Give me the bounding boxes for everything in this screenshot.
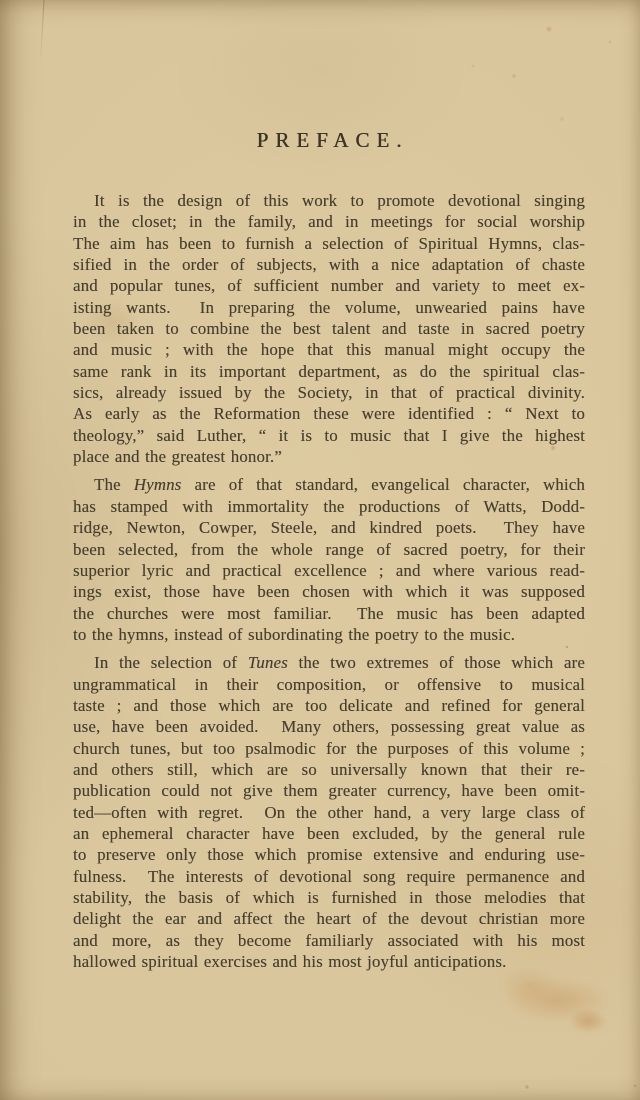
text-line: and music ; with the hope that this manu… — [73, 339, 585, 360]
text-line: to the hymns, instead of subordinating t… — [73, 624, 585, 645]
text-line: publication could not give them greater … — [73, 780, 585, 801]
text-line: theology,” said Luther, “ it is to music… — [73, 425, 585, 446]
text-line: same rank in its important department, a… — [73, 361, 585, 382]
text-line: use, have been avoided. Many others, pos… — [73, 716, 585, 737]
preface-body: It is the design of this work to promote… — [73, 190, 585, 972]
paragraph: In the selection of Tunes the two extrem… — [73, 652, 585, 972]
text-line: ungrammatical in their composition, or o… — [73, 674, 585, 695]
text-line: ted—often with regret. On the other hand… — [73, 802, 585, 823]
text-line: an ephemeral character have been exclude… — [73, 823, 585, 844]
crease-mark — [40, 0, 44, 60]
text-line: fulness. The interests of devotional son… — [73, 866, 585, 887]
text-line: superior lyric and practical excellence … — [73, 560, 585, 581]
preface-text-block: PREFACE. It is the design of this work t… — [73, 128, 585, 972]
book-page: PREFACE. It is the design of this work t… — [0, 0, 640, 1100]
text-line: As early as the Reformation these were i… — [73, 403, 585, 424]
text-line: sified in the order of subjects, with a … — [73, 254, 585, 275]
text-line: and popular tunes, of sufficient number … — [73, 275, 585, 296]
text-line: The aim has been to furnish a selection … — [73, 233, 585, 254]
text-line: hallowed spiritual exercises and his mos… — [73, 951, 585, 972]
text-line: delight the ear and affect the heart of … — [73, 908, 585, 929]
text-line: the churches were most familiar. The mus… — [73, 603, 585, 624]
text-line: has stamped with immortality the product… — [73, 496, 585, 517]
text-line: been selected, from the whole range of s… — [73, 539, 585, 560]
text-line: been taken to combine the best talent an… — [73, 318, 585, 339]
paragraph: It is the design of this work to promote… — [73, 190, 585, 467]
text-line: isting wants. In preparing the volume, u… — [73, 297, 585, 318]
text-line: It is the design of this work to promote… — [73, 190, 585, 211]
text-line: place and the greatest honor.” — [73, 446, 585, 467]
page-title: PREFACE. — [73, 128, 585, 152]
text-line: stability, the basis of which is furnish… — [73, 887, 585, 908]
text-line: ridge, Newton, Cowper, Steele, and kindr… — [73, 517, 585, 538]
text-line: and others still, which are so universal… — [73, 759, 585, 780]
text-line: taste ; and those which are too delicate… — [73, 695, 585, 716]
text-line: and more, as they become familiarly asso… — [73, 930, 585, 951]
text-line: ings exist, those have been chosen with … — [73, 581, 585, 602]
text-line: church tunes, but too psalmodic for the … — [73, 738, 585, 759]
text-line: In the selection of Tunes the two extrem… — [73, 652, 585, 673]
text-line: to preserve only those which promise ext… — [73, 844, 585, 865]
text-line: The Hymns are of that standard, evangeli… — [73, 474, 585, 495]
text-line: sics, already issued by the Society, in … — [73, 382, 585, 403]
paragraph: The Hymns are of that standard, evangeli… — [73, 474, 585, 645]
italic-term: Hymns — [134, 475, 182, 494]
italic-term: Tunes — [248, 653, 288, 672]
text-line: in the closet; in the family, and in mee… — [73, 211, 585, 232]
